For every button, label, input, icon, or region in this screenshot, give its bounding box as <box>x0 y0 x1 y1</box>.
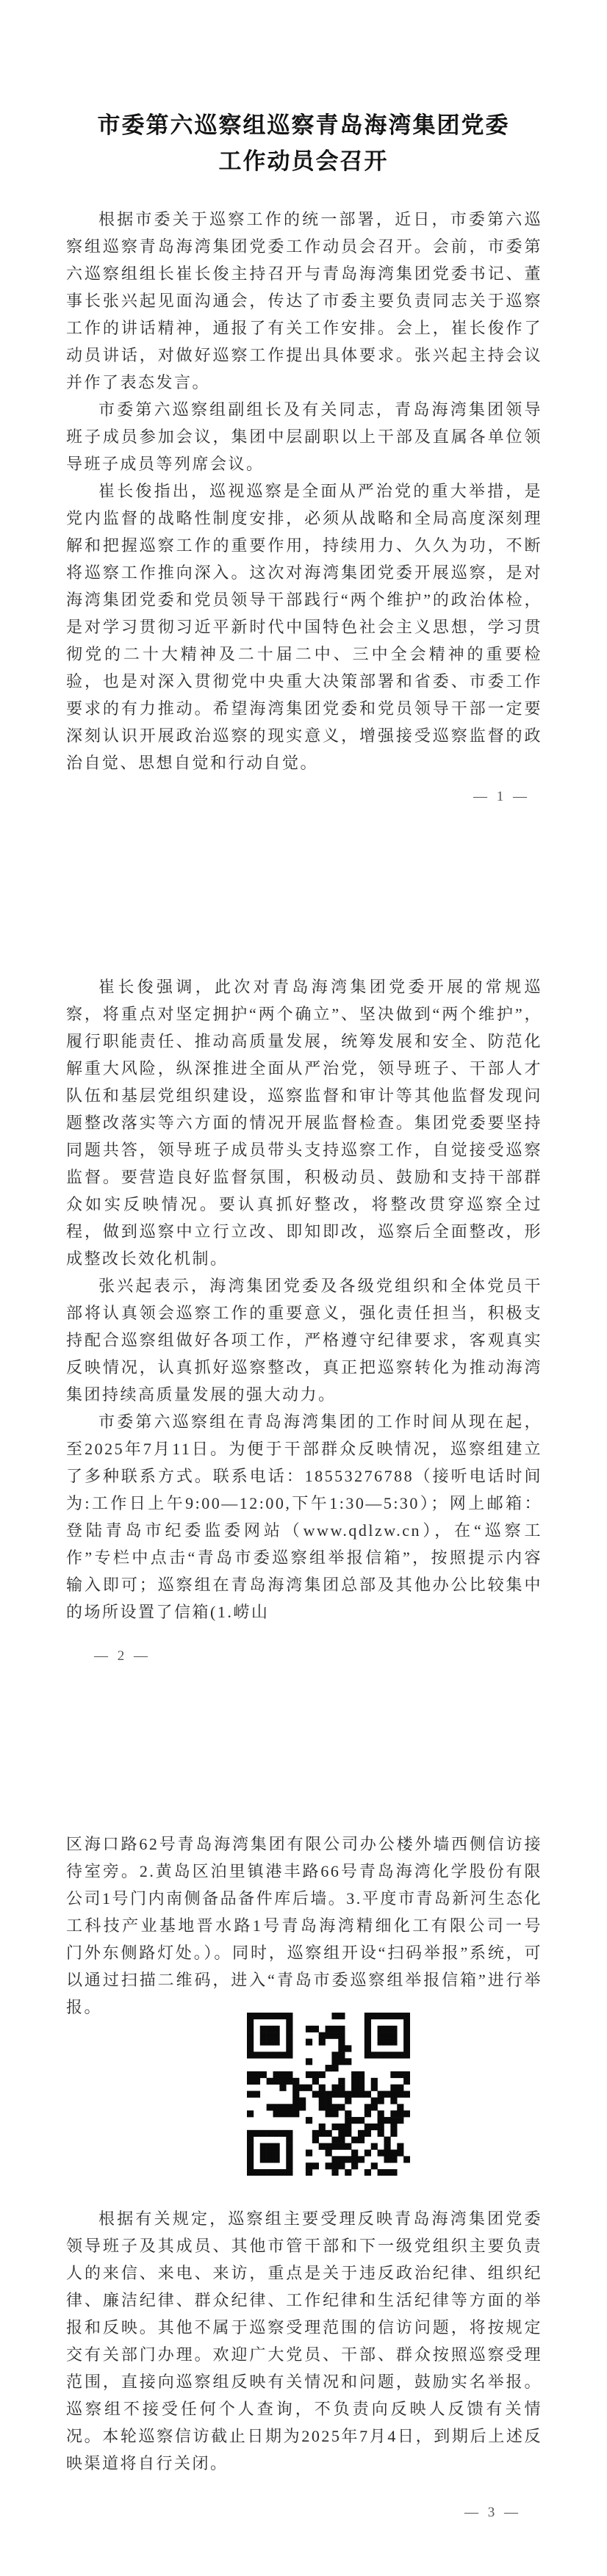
scanned-document: 市委第六巡察组巡察青岛海湾集团党委工作动员会召开 根据市委关于巡察工作的统一部署… <box>0 0 607 2576</box>
page-number-2: — 2 — <box>94 1648 151 1664</box>
paragraph-mailbox-locations: 区海口路62号青岛海湾集团有限公司办公楼外墙西侧信访接待室旁。2.黄岛区泊里镇港… <box>66 1830 542 2021</box>
paragraph-cui-emphasized: 崔长俊强调，此次对青岛海湾集团党委开展的常规巡察，将重点对坚定拥护“两个确立”、… <box>66 973 542 1272</box>
title-line-1: 市委第六巡察组巡察青岛海湾集团党委 <box>98 112 510 138</box>
page-2-body: 崔长俊强调，此次对青岛海湾集团党委开展的常规巡察，将重点对坚定拥护“两个确立”、… <box>66 973 542 1626</box>
page-1-body: 根据市委关于巡察工作的统一部署，近日，市委第六巡察组巡察青岛海湾集团党委工作动员… <box>66 206 542 776</box>
page-3-body-continuation: 区海口路62号青岛海湾集团有限公司办公楼外墙西侧信访接待室旁。2.黄岛区泊里镇港… <box>66 1830 542 2021</box>
title-line-2: 工作动员会召开 <box>219 148 389 174</box>
paragraph-attendees: 市委第六巡察组副组长及有关同志，青岛海湾集团领导班子成员参加会议，集团中层副职以… <box>66 396 542 477</box>
page-number-3: — 3 — <box>464 2505 521 2521</box>
qr-code-image <box>247 2013 410 2176</box>
document-title: 市委第六巡察组巡察青岛海湾集团党委工作动员会召开 <box>0 107 607 179</box>
qr-code <box>247 2013 410 2176</box>
paragraph-zhang-statement: 张兴起表示，海湾集团党委及各级党组织和全体党员干部将认真领会巡察工作的重要意义，… <box>66 1272 542 1408</box>
paragraph-contact-info: 市委第六巡察组在青岛海湾集团的工作时间从现在起，至2025年7月11日。为便于干… <box>66 1408 542 1626</box>
paragraph-opening: 根据市委关于巡察工作的统一部署，近日，市委第六巡察组巡察青岛海湾集团党委工作动员… <box>66 206 542 396</box>
paragraph-cui-pointed-out: 崔长俊指出，巡视巡察是全面从严治党的重大举措，是党内监督的战略性制度安排，必须从… <box>66 477 542 776</box>
page-3-body: 根据有关规定，巡察组主要受理反映青岛海湾集团党委领导班子及其成员、其他市管干部和… <box>66 2205 542 2477</box>
page-number-1: — 1 — <box>473 789 530 805</box>
paragraph-reporting-scope: 根据有关规定，巡察组主要受理反映青岛海湾集团党委领导班子及其成员、其他市管干部和… <box>66 2205 542 2477</box>
